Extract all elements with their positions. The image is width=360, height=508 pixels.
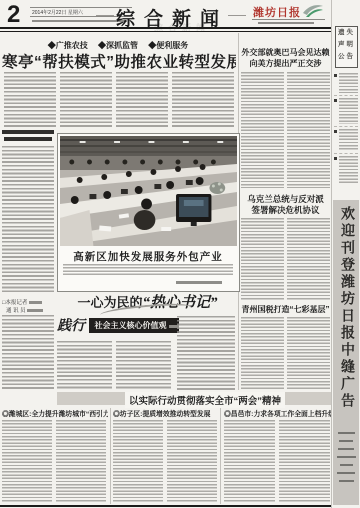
weicheng-column-1	[2, 420, 52, 503]
left-article-body	[2, 146, 54, 292]
mid-column-1	[57, 341, 112, 390]
ukraine-column-1	[241, 218, 284, 300]
kicker-1: ◆广推农技	[48, 41, 88, 50]
header-double-rule	[0, 27, 332, 32]
classified-text-greek	[339, 98, 358, 124]
ukraine-column-2	[287, 218, 330, 300]
qingzhou-column-2	[287, 317, 330, 389]
vertical-ad-banner: 欢迎刊登潍坊日报中缝广告	[336, 206, 356, 418]
mid-byline-line2: 通 讯 员	[6, 306, 56, 314]
bottom-banner-strip: 以实际行动贯彻落实全市“两会”精神	[57, 392, 331, 405]
bottom-page-rule	[0, 505, 332, 507]
diplomacy-column-2	[287, 72, 330, 188]
top-story-headline: 寒亭“帮扶模式”助推农业转型发展	[2, 50, 236, 72]
changyi-column-2	[279, 420, 330, 503]
kicker-3: ◆便利服务	[148, 41, 188, 50]
photo-caption-title: 高新区加快发展服务外包产业	[62, 249, 234, 264]
title-dash-right	[228, 15, 246, 16]
classified-item	[334, 127, 358, 154]
left-article-title-line2	[4, 137, 52, 141]
banner-script-text: 践行	[57, 319, 85, 334]
values-banner: 践行 社会主义核心价值观	[57, 315, 179, 335]
classified-text-greek	[339, 156, 358, 184]
diplomacy-column-1	[241, 72, 284, 188]
byline-name-greek	[29, 301, 42, 304]
contact-line-greek	[339, 440, 353, 442]
correspondent-name-greek	[27, 309, 43, 312]
mid-byline-column	[2, 315, 54, 390]
banner-label-text: 社会主义核心价值观	[94, 321, 166, 330]
top-story-column-1	[4, 72, 56, 128]
page-number: 2	[7, 1, 20, 29]
notice-line-1: 遗失	[336, 27, 357, 39]
masthead-logo-icon	[302, 2, 324, 20]
fangzi-column-2	[167, 420, 217, 503]
contact-line-greek	[337, 472, 355, 474]
contact-line-greek	[338, 432, 355, 434]
center-fold-ad-strip: 欢迎刊登潍坊日报中缝广告	[333, 200, 359, 505]
contact-line-greek	[337, 456, 356, 458]
mid-column-3	[177, 316, 235, 390]
classified-text-greek	[339, 129, 358, 151]
contact-line-greek	[340, 464, 353, 466]
left-article-title-line1	[2, 130, 54, 134]
bullet-square-icon	[334, 130, 337, 133]
ad-contact-block	[333, 418, 359, 482]
bullet-square-icon	[334, 74, 337, 77]
masthead-title: 潍坊日报	[253, 4, 301, 20]
changyi-column-1	[224, 420, 275, 503]
classified-ads	[334, 71, 358, 186]
contact-line-greek	[339, 480, 354, 482]
photo-caption-text	[63, 264, 233, 277]
mid-column-2	[116, 341, 171, 390]
strip-separator-rule	[331, 0, 332, 508]
photo-story-box: 高新区加快发展服务外包产业	[57, 133, 240, 292]
notice-line-2: 声明	[336, 39, 357, 51]
classified-item	[334, 71, 358, 96]
weicheng-column-2	[56, 420, 106, 503]
classified-item	[334, 96, 358, 127]
qingzhou-column-1	[241, 317, 284, 389]
notice-line-3: 公告	[336, 51, 357, 63]
diplomacy-headline-line1: 外交部就奥巴马会见达赖	[240, 47, 331, 58]
bottom-banner-title: 以实际行动贯彻落实全市“两会”精神	[125, 392, 285, 408]
qingzhou-headline: 青州国税打造“七彩基层”	[240, 304, 331, 315]
masthead-email-greek	[258, 22, 314, 24]
classified-item	[334, 154, 358, 186]
fangzi-headline: ◎坊子区:提质增效推动转型发展	[113, 408, 219, 418]
top-story-column-3	[116, 72, 168, 128]
mid-byline-line1: □本报记者	[2, 298, 55, 306]
changyi-headline: ◎昌邑市:力求各项工作全面上档升级	[224, 408, 331, 418]
bottom-rule-1	[110, 408, 111, 504]
bullet-square-icon	[334, 157, 337, 160]
bottom-rule-2	[220, 408, 221, 504]
newspaper-page: 2 2014年2月22日 星期六 综合新闻 综合新闻 潍坊日报 ◆广推农技 ◆深…	[0, 0, 360, 508]
office-photo	[60, 136, 237, 246]
fangzi-column-1	[113, 420, 163, 503]
banner-label-box: 社会主义核心价值观	[89, 318, 179, 333]
contact-line-greek	[338, 448, 354, 450]
ukraine-headline-line2: 签署解决危机协议	[240, 204, 331, 216]
lost-notice-box: 遗失 声明 公告	[335, 26, 358, 68]
diplomacy-headline-line2: 向美方提出严正交涉	[240, 58, 331, 69]
photo-credit-greek	[176, 281, 222, 284]
top-story-column-4	[172, 72, 234, 128]
weicheng-headline: ◎潍城区:全力提升潍坊城市“西引力”	[2, 408, 108, 418]
top-story-column-2	[60, 72, 112, 128]
classified-text-greek	[339, 73, 358, 93]
byline-correspondent-label: 通 讯 员	[6, 308, 26, 314]
masthead-rule	[252, 19, 325, 20]
bullet-square-icon	[334, 99, 337, 102]
kicker-2: ◆深抓监管	[98, 41, 138, 50]
